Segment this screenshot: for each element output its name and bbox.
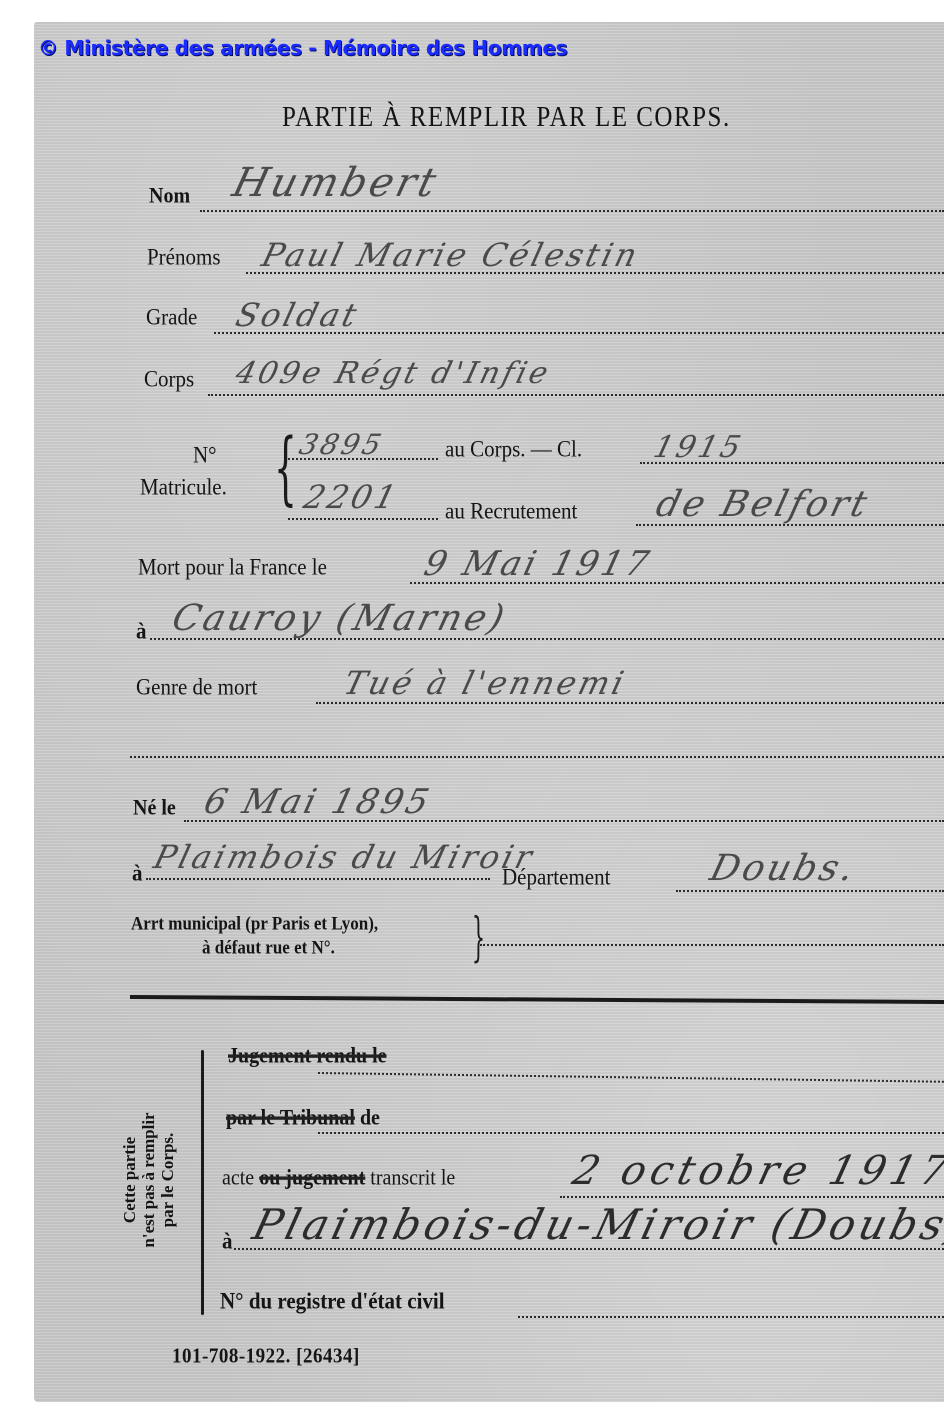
transcription-lieu-label: à bbox=[222, 1227, 233, 1255]
arrondissement-label: Arrt municipal (pr Paris et Lyon), bbox=[131, 913, 378, 935]
genre-mort-value: Tué à l'ennemi bbox=[340, 664, 630, 702]
departement-value: Doubs. bbox=[706, 848, 861, 889]
grade-label: Grade bbox=[146, 303, 197, 331]
au-corps-label: au Corps. — Cl. bbox=[445, 435, 582, 463]
ne-lieu-value: Plaimbois du Miroir bbox=[150, 838, 539, 876]
acte-line bbox=[560, 1196, 944, 1198]
transcription-lieu-value: Plaimbois-du-Miroir (Doubs) bbox=[248, 1200, 944, 1249]
acte-label-start: acte bbox=[222, 1165, 254, 1190]
genre-mort-label: Genre de mort bbox=[136, 673, 257, 701]
recrutement-number-line bbox=[288, 518, 438, 520]
departement-line bbox=[676, 890, 944, 892]
prenoms-label: Prénoms bbox=[147, 243, 221, 271]
arrondissement-sublabel: à défaut rue et N°. bbox=[202, 937, 335, 959]
registre-line bbox=[518, 1316, 944, 1318]
nom-line bbox=[200, 210, 944, 212]
extra-line bbox=[130, 756, 944, 758]
au-recrutement-label: au Recrutement bbox=[445, 497, 577, 525]
recrutement-number-value: 2201 bbox=[300, 478, 403, 516]
tribunal-label-suffix: de bbox=[360, 1105, 380, 1130]
nom-label: Nom bbox=[149, 183, 190, 209]
form-title: PARTIE À REMPLIR PAR LE CORPS. bbox=[282, 102, 731, 134]
registre-label: N° du registre d'état civil bbox=[220, 1287, 445, 1315]
acte-label-end: transcrit le bbox=[370, 1165, 455, 1190]
side-note: Cette partie n'est pas à remplir par le … bbox=[120, 1080, 177, 1280]
recrutement-value: de Belfort bbox=[652, 484, 874, 525]
mort-date-label: Mort pour la France le bbox=[138, 553, 327, 581]
arrondissement-brace: } bbox=[472, 912, 485, 964]
ne-le-value: 6 Mai 1895 bbox=[200, 782, 436, 822]
grade-value: Soldat bbox=[232, 296, 363, 334]
prenoms-value: Paul Marie Célestin bbox=[258, 236, 644, 274]
acte-label: acte ou jugement transcrit le bbox=[222, 1165, 455, 1191]
copyright-watermark: © Ministère des armées - Mémoire des Hom… bbox=[38, 36, 567, 60]
side-note-line-3: par le Corps. bbox=[158, 1080, 177, 1280]
corps-label: Corps bbox=[144, 365, 194, 393]
ne-le-label: Né le bbox=[133, 795, 176, 821]
mort-lieu-value: Cauroy (Marne) bbox=[168, 598, 511, 639]
corps-number-value: 3895 bbox=[296, 428, 387, 461]
tribunal-label-struck: par le Tribunal bbox=[226, 1105, 355, 1130]
tribunal-label: par le Tribunal de bbox=[226, 1105, 380, 1131]
side-note-line-1: Cette partie bbox=[120, 1080, 139, 1280]
classe-value: 1915 bbox=[650, 430, 747, 465]
matricule-label: Matricule. bbox=[140, 473, 227, 501]
mort-date-value: 9 Mai 1917 bbox=[420, 544, 656, 584]
acte-value: 2 octobre 1917 bbox=[568, 1148, 944, 1194]
departement-label: Département bbox=[502, 863, 610, 891]
nom-value: Humbert bbox=[228, 160, 444, 206]
corps-line bbox=[208, 394, 944, 396]
ne-lieu-label: à bbox=[132, 859, 143, 887]
form-reference: 101-708-1922. [26434] bbox=[172, 1345, 360, 1369]
mort-lieu-label: à bbox=[136, 617, 147, 645]
lower-section-bracket bbox=[201, 1050, 204, 1315]
corps-value: 409e Régt d'Infie bbox=[232, 356, 554, 391]
arrondissement-line bbox=[480, 944, 944, 946]
ne-lieu-line bbox=[146, 878, 490, 880]
matricule-label-no: N° bbox=[193, 441, 217, 469]
jugement-label: Jugement rendu le bbox=[228, 1043, 387, 1069]
genre-mort-line bbox=[316, 702, 944, 704]
side-note-line-2: n'est pas à remplir bbox=[139, 1080, 158, 1280]
matricule-brace: { bbox=[274, 428, 297, 508]
acte-label-struck: ou jugement bbox=[259, 1165, 365, 1190]
tribunal-line bbox=[318, 1132, 944, 1134]
